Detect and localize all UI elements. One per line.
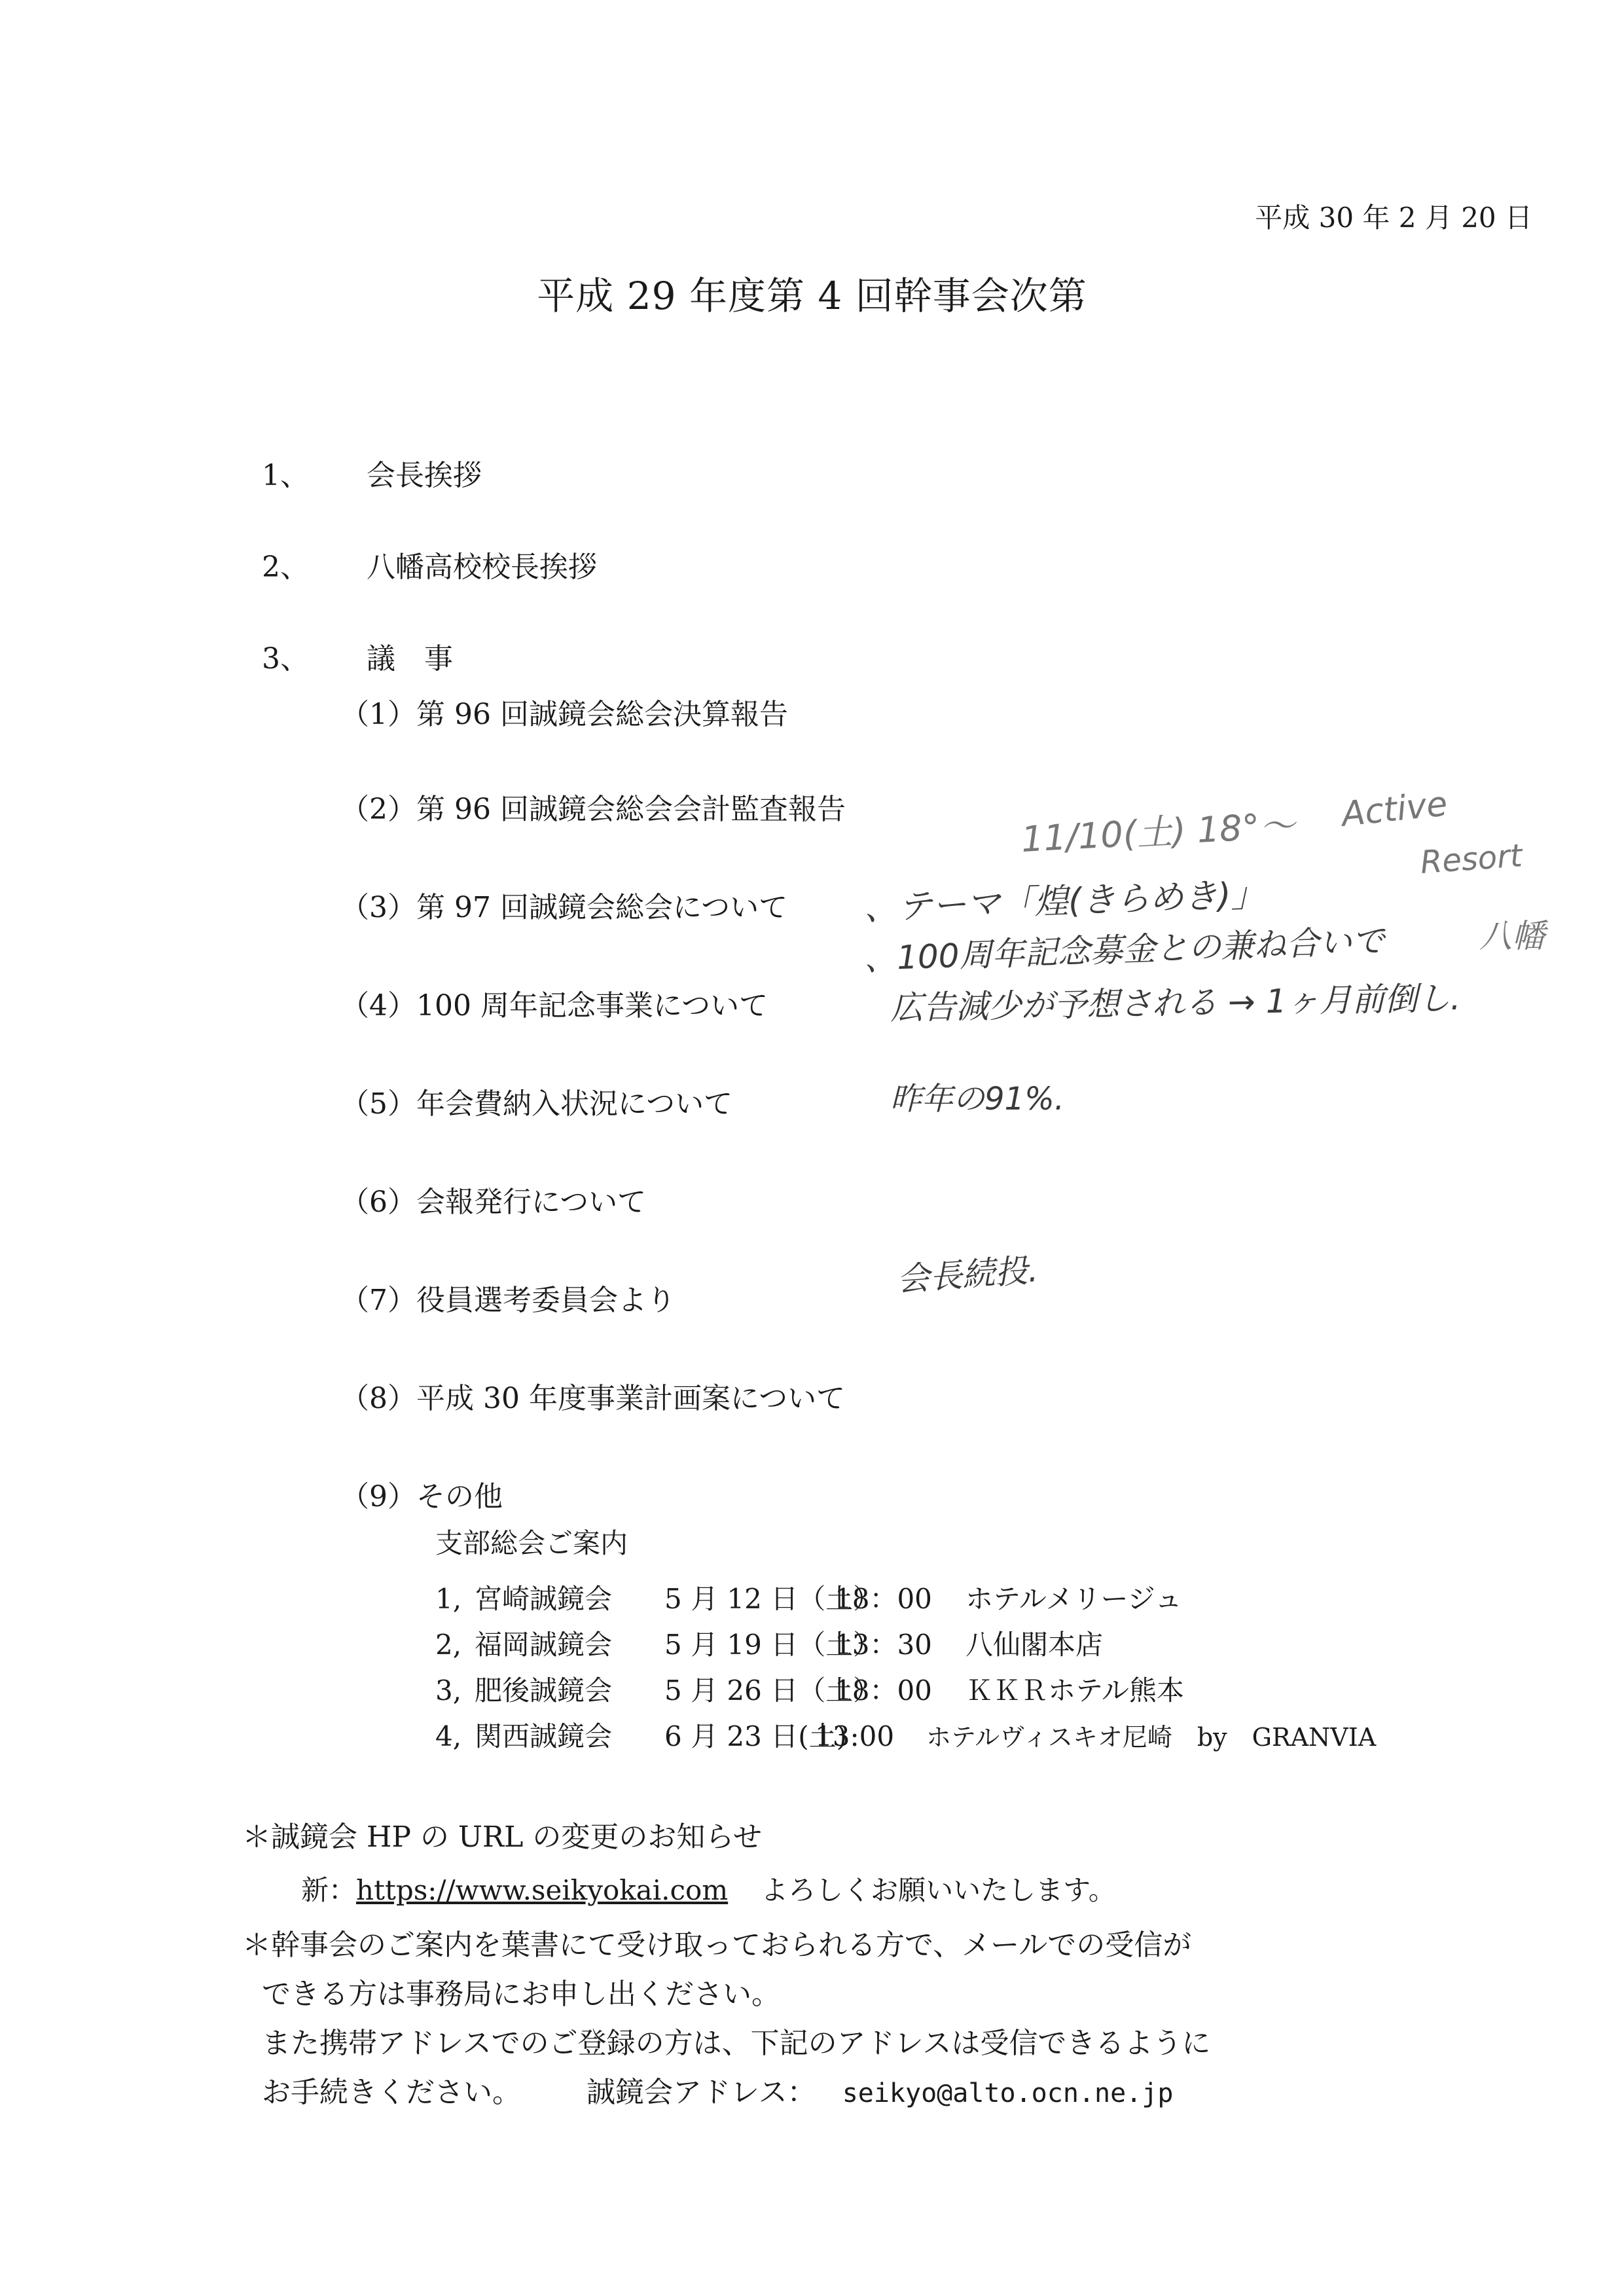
agenda-number: （2） [340,793,416,826]
agenda-item-5: （5）年会費納入状況について [340,1080,732,1122]
branch-number: 2, [435,1629,475,1661]
mail-notice-line-4: お手続きください。誠鏡会アドレス：seikyo@alto.ocn.ne.jp [262,2069,1173,2110]
agenda-number: （1） [340,698,416,731]
mail-notice-line-2: できる方は事務局にお申し出ください。 [262,1970,780,2012]
branch-date: 5 月 19 日（土） [664,1623,835,1663]
agenda-item-8: （8）平成 30 年度事業計画案について [340,1375,845,1417]
handwritten-note-date: 11/10(土) 18°〜 [1020,797,1296,862]
mail-notice-line-1: ＊幹事会のご案内を葉書にて受け取っておられる方で、メールでの受信が [242,1921,1191,1963]
agenda-item-4: （4）100 周年記念事業について [340,982,768,1024]
handwritten-note-ads: 広告減少が予想される → 1ヶ月前倒し. [890,972,1461,1029]
branch-venue: ホテルメリージュ [965,1578,1182,1617]
agenda-number: （7） [340,1284,416,1317]
section-number: 1、 [262,452,367,494]
agenda-label: 100 周年記念事業について [416,989,768,1022]
handwritten-note-place: 八幡 [1479,910,1545,957]
website-link[interactable]: https://www.seikyokai.com [356,1874,728,1906]
agenda-label: 平成 30 年度事業計画案について [416,1382,845,1415]
section-1: 1、会長挨拶 [262,452,482,494]
branch-name: 宮崎誠鏡会 [475,1578,664,1617]
agenda-label: 第 96 回誠鏡会総会決算報告 [416,698,788,731]
section-number: 2、 [262,543,367,585]
agenda-item-6: （6）会報発行について [340,1178,646,1220]
branch-meeting-row: 2,福岡誠鏡会5 月 19 日（土）13：30八仙閣本店 [435,1623,1103,1663]
agenda-label: 年会費納入状況について [416,1087,732,1121]
branch-date: 5 月 26 日（土） [664,1669,835,1708]
branch-time: 18：00 [835,1578,965,1617]
agenda-item-7: （7）役員選考委員会より [340,1276,676,1318]
handwritten-note-theme: 、テーマ「煌(きらめき)」 [863,867,1266,930]
branch-date: 5 月 12 日（土） [664,1578,835,1617]
agenda-number: （5） [340,1087,416,1121]
branch-number: 1, [435,1583,475,1615]
agenda-number: （3） [340,891,416,924]
branch-meetings-title: 支部総会ご案内 [435,1522,628,1561]
agenda-item-1: （1）第 96 回誠鏡会総会決算報告 [340,691,788,732]
handwritten-note-venue-2: Resort [1419,837,1523,881]
url-suffix: よろしくお願いいたします。 [761,1874,1116,1906]
agenda-item-9: （9）その他 [340,1473,503,1515]
branch-meeting-row: 4,関西誠鏡会6 月 23 日(土)13:00ホテルヴィスキオ尼崎 by GRA… [435,1715,1376,1754]
branch-meeting-row: 3,肥後誠鏡会5 月 26 日（土）18：00ＫＫＲホテル熊本 [435,1669,1184,1708]
url-change-heading: ＊誠鏡会 HP の URL の変更のお知らせ [242,1813,762,1855]
email-address[interactable]: seikyo@alto.ocn.ne.jp [842,2078,1174,2108]
agenda-number: （6） [340,1185,416,1219]
agenda-label: 会報発行について [416,1185,646,1219]
handwritten-note-venue-1: Active [1340,784,1449,835]
agenda-number: （4） [340,989,416,1022]
section-label: 議 事 [367,642,453,676]
branch-name: 肥後誠鏡会 [475,1669,664,1708]
agenda-label: 第 96 回誠鏡会総会会計監査報告 [416,793,846,826]
branch-name: 関西誠鏡会 [475,1715,664,1754]
section-2: 2、八幡高校校長挨拶 [262,543,597,585]
url-change-line: 新：https://www.seikyokai.comよろしくお願いいたします。 [268,1869,1116,1908]
agenda-label: 役員選考委員会より [416,1284,676,1317]
handwritten-note-officers: 会長続投. [895,1244,1039,1301]
branch-venue: ＫＫＲホテル熊本 [965,1669,1184,1708]
branch-number: 3, [435,1674,475,1707]
branch-time: 13:00 [815,1720,926,1752]
url-prefix: 新： [301,1874,356,1906]
document-date: 平成 30 年 2 月 20 日 [1255,196,1532,236]
mail-notice-text: お手続きください。 [262,2076,521,2109]
agenda-number: （9） [340,1480,416,1513]
section-3: 3、議 事 [262,635,453,677]
agenda-item-3: （3）第 97 回誠鏡会総会について [340,884,787,926]
branch-venue: ホテルヴィスキオ尼崎 by GRANVIA [926,1717,1376,1753]
section-label: 会長挨拶 [367,459,482,492]
branch-date: 6 月 23 日(土) [664,1715,815,1754]
section-label: 八幡高校校長挨拶 [367,551,597,584]
branch-number: 4, [435,1720,475,1752]
branch-meeting-row: 1,宮崎誠鏡会5 月 12 日（土）18：00ホテルメリージュ [435,1578,1182,1617]
page-title: 平成 29 年度第 4 回幹事会次第 [0,265,1624,320]
branch-time: 18：00 [835,1669,965,1708]
agenda-label: 第 97 回誠鏡会総会について [416,891,787,924]
agenda-number: （8） [340,1382,416,1415]
agenda-label: その他 [416,1480,503,1513]
handwritten-note-dues: 昨年の91%. [890,1074,1064,1119]
branch-venue: 八仙閣本店 [965,1623,1103,1663]
section-number: 3、 [262,635,367,677]
branch-name: 福岡誠鏡会 [475,1623,664,1663]
agenda-item-2: （2）第 96 回誠鏡会総会会計監査報告 [340,786,846,827]
branch-time: 13：30 [835,1623,965,1663]
mail-notice-line-3: また携帯アドレスでのご登録の方は、下記のアドレスは受信できるように [262,2019,1210,2061]
address-label: 誠鏡会アドレス： [586,2076,816,2109]
